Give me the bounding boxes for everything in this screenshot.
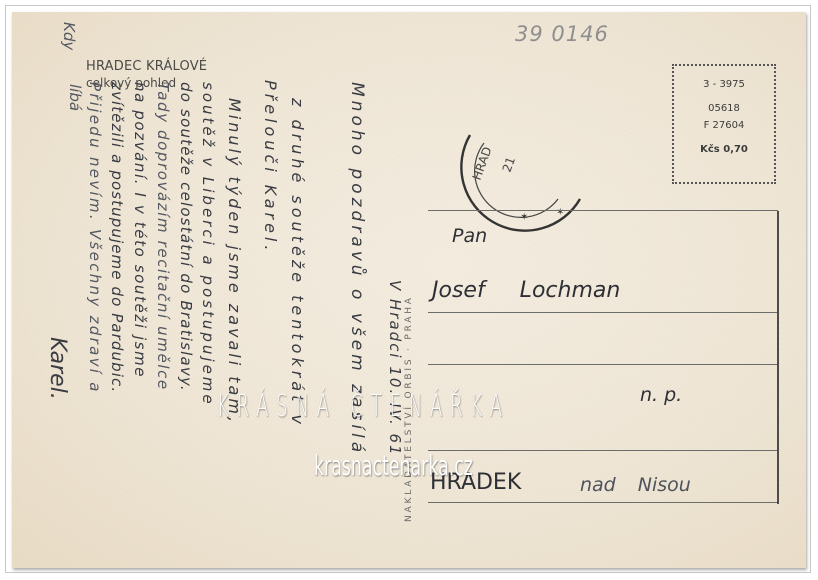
address-border: [777, 211, 779, 504]
message-line: zvítězili a postupujeme do Pardubic.: [108, 82, 126, 393]
stamp-line: 3 - 3975: [674, 79, 774, 90]
svg-text:✶: ✶: [556, 207, 564, 218]
message-line: na pozvání. I v této soutěži jsme: [131, 82, 149, 378]
message-line: líbá: [66, 84, 84, 111]
message-line: do soutěže celostátní do Bratislavy.: [177, 82, 195, 392]
printed-caption-title: HRADEC KRÁLOVÉ: [86, 59, 207, 74]
stamp-price: Kčs 0,70: [674, 144, 774, 155]
message-line: soutěž v Liberci a postupujeme: [199, 82, 217, 407]
address-salutation: Pan: [452, 225, 487, 247]
message-line: V Hradci 10. IV. 61: [386, 280, 404, 457]
message-line: Přijedu nevím. Všechny zdraví a: [86, 82, 104, 394]
message-line: Tady doprovázím recitační umělce: [154, 82, 172, 391]
svg-text:HRAD: HRAD: [470, 145, 495, 182]
address-name: Josef Lochman: [432, 278, 620, 303]
archive-number: 39 0146: [515, 22, 609, 46]
message-line: Minulý týden jsme zavali tam,: [225, 98, 244, 425]
address-company: n. p.: [640, 384, 682, 406]
stamp-line: 05618: [674, 103, 774, 114]
message-line: Kdy: [60, 22, 78, 50]
message-line: z druhé soutěže tentokrát v: [288, 98, 307, 428]
address-line: [428, 210, 778, 211]
postcard-back: 39 0146 HRADEC KRÁLOVÉ celkový pohled 3 …: [12, 12, 806, 568]
signature: Karel.: [45, 337, 70, 400]
address-line: [428, 364, 778, 365]
watermark-title: KRÁSNÁ ČTENÁŘKA: [217, 389, 510, 424]
svg-text:✶: ✶: [520, 212, 528, 223]
message-line: Přelouči Karel.: [261, 80, 280, 254]
address-line: [428, 502, 778, 503]
postmark-icon: HRAD 21 ✶ ✶: [458, 117, 588, 237]
price-stamp-box: 3 - 3975 05618 F 27604 Kčs 0,70: [672, 64, 776, 184]
address-line: [428, 450, 778, 451]
watermark-url: krasnactenarka.cz: [314, 449, 473, 482]
address-line: [428, 312, 778, 313]
svg-text:21: 21: [500, 155, 518, 174]
stamp-line: F 27604: [674, 120, 774, 131]
address-city-suffix: nad Nisou: [580, 474, 691, 496]
